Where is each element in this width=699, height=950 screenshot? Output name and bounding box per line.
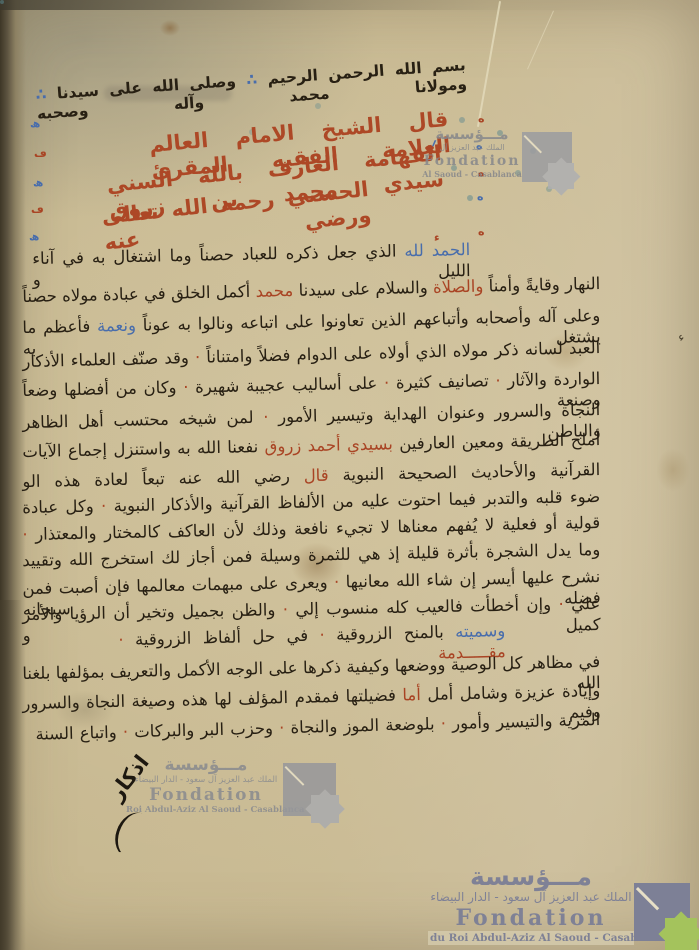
red-ink-segment: ·: [377, 373, 396, 392]
red-ink-segment: محمد: [255, 281, 293, 301]
black-ink-segment: الواردة والآثار: [507, 369, 600, 390]
page-top-edge: [0, 0, 699, 10]
black-ink-segment: على أساليب عجيبة شهيرة: [195, 374, 378, 397]
paper-crease: [527, 11, 554, 70]
foundation-latin-name: Fondation: [126, 785, 286, 805]
margin-mark: ه: [478, 226, 485, 237]
margin-mark: ڡ: [31, 204, 44, 215]
watermark-foundation-bottom: مـــؤسسة الملك عبد العزيز آل سعود - الدا…: [428, 864, 634, 945]
foundation-latin-line: Roi Abdul-Aziz Al Saoud - Casablanca: [126, 805, 286, 815]
black-ink-segment: والسلام على سيدنا: [293, 278, 433, 300]
foundation-latin-line: du Roi Abdul-Aziz Al Saoud - Casablanca: [428, 931, 634, 945]
logo-star-icon: [658, 911, 699, 950]
foundation-arabic-line: الملك عبد العزيز آل سعود - الدار البيضاء: [126, 775, 286, 786]
red-ink-segment: أما: [402, 685, 421, 704]
red-ink-segment: والصلاة: [433, 277, 484, 297]
red-ink-segment: ·: [308, 625, 337, 645]
red-ink-segment: ·: [176, 377, 195, 396]
offset-ink-ghosts: [0, 0, 4, 4]
margin-mark: ء: [434, 232, 440, 243]
foundation-latin-name: Fondation: [408, 153, 536, 169]
black-ink-segment: أكمل الخلق في عبادة مولاه حصناً: [22, 282, 256, 306]
logo-diagonal: [285, 766, 305, 786]
black-ink-segment: وكل عبادة: [22, 497, 94, 517]
black-ink-segment: رضي الله عنه تبعاً لعادة هذه الو: [22, 466, 304, 491]
bottom-left-edge-shadow: [0, 600, 22, 950]
watermark-foundation-middle: مـــؤسسة الملك عبد العزيز آل سعود - الدا…: [126, 757, 286, 815]
paper-stain: [160, 20, 180, 36]
black-ink-segment: بلوضعة الموز والنجاة: [290, 714, 435, 737]
foundation-arabic-name: مـــؤسسة: [428, 864, 634, 890]
blue-ink-segment: ∴: [35, 85, 57, 104]
red-ink-segment: ·: [275, 600, 295, 619]
blue-ink-segment: ∴: [235, 70, 268, 90]
black-ink-segment: واتباع السنة: [35, 723, 117, 744]
red-ink-segment: ·: [489, 371, 508, 390]
margin-mark: ه: [477, 191, 484, 202]
foundation-arabic-line: الملك عبد العزيز آل سعود - الدار البيضاء: [428, 890, 634, 905]
logo-diagonal: [636, 887, 659, 910]
black-ink-segment: بالمنح الزروقية: [336, 622, 455, 644]
handwritten-note-flourish: [110, 807, 160, 863]
watermark-foundation-top: مـــؤسسة الملك عبد العزيز آل Fondation A…: [408, 127, 536, 179]
paper-stain: [656, 448, 690, 492]
red-ink-segment: ·: [273, 718, 291, 737]
foundation-arabic-name: مـــؤسسة: [126, 757, 286, 775]
foundation-latin-line: Al Saoud - Casablanca: [408, 169, 536, 179]
red-ink-segment: ·: [253, 407, 278, 427]
red-ink-segment: ·: [327, 572, 345, 591]
black-ink-segment: قولية أو فعلية لا يُفهم معناها لا تجيء ن…: [35, 513, 600, 544]
black-ink-segment: المرية والتيسير وأمور: [452, 710, 601, 733]
red-ink-segment: ·: [22, 525, 35, 544]
red-ink-segment: ·: [118, 630, 135, 649]
black-ink-segment: النهار وقايةً وأمناً: [483, 274, 600, 296]
red-ink-segment: ·: [116, 722, 134, 741]
black-ink-segment: في حل ألفاظ الزروقية: [135, 626, 309, 649]
margin-mark: ڡ: [34, 148, 47, 159]
foundation-logo: [522, 132, 572, 182]
edge-ink-mark: ء: [675, 329, 687, 344]
black-ink-segment: وإن أخطأت فالعيب كله منسوب إلي: [295, 595, 551, 619]
paper-crease: [477, 1, 501, 127]
blue-ink-segment: ونعمة: [97, 316, 136, 336]
margin-mark: ه: [478, 113, 485, 124]
margin-mark: ھ: [29, 231, 39, 242]
black-ink-segment: تصانيف كثيرة: [396, 371, 489, 392]
margin-mark: ھ: [33, 177, 43, 188]
black-ink-segment: ضوء قلبه والتدبر فيما احتوت عليه من الأل…: [113, 487, 600, 515]
black-ink-segment: أملح الطريقة ومعين العارفين: [393, 430, 601, 453]
margin-mark: ھ: [30, 118, 40, 129]
logo-star-icon: [542, 157, 580, 195]
foundation-arabic-name: مـــؤسسة: [408, 127, 536, 143]
logo-star-icon: [305, 789, 345, 829]
foundation-logo: [283, 763, 336, 816]
red-ink-segment: ·: [189, 348, 207, 367]
black-ink-segment: القرآنية والأحاديث الصحيحة النبوية: [328, 460, 600, 485]
foundation-arabic-line: الملك عبد العزيز آل: [408, 143, 536, 153]
red-ink-segment: قال: [304, 466, 329, 486]
black-ink-segment: علي: [571, 594, 600, 614]
manuscript-page: ء بسم الله الرحمن الرحيم ∴ وصلى الله على…: [0, 0, 699, 950]
foundation-latin-name: Fondation: [428, 905, 634, 931]
black-ink-segment: وقد صنّف العلماء الأذكار: [22, 348, 189, 371]
black-ink-segment: وحزب البر والبركات: [134, 719, 273, 742]
foundation-logo: [634, 883, 690, 941]
black-ink-segment: نفعنا الله به واستنزل إجماع الآيات: [22, 437, 265, 461]
red-ink-segment: ·: [551, 595, 571, 614]
red-ink-segment: ·: [94, 496, 114, 515]
red-ink-segment: ·: [434, 714, 452, 733]
black-ink-segment: وإيادة عزيزة وشامل أمل: [421, 681, 601, 704]
blue-ink-segment: وسميته: [455, 621, 506, 641]
logo-diagonal: [524, 135, 542, 153]
red-ink-segment: بسيدي أحمد زروق: [264, 434, 393, 456]
